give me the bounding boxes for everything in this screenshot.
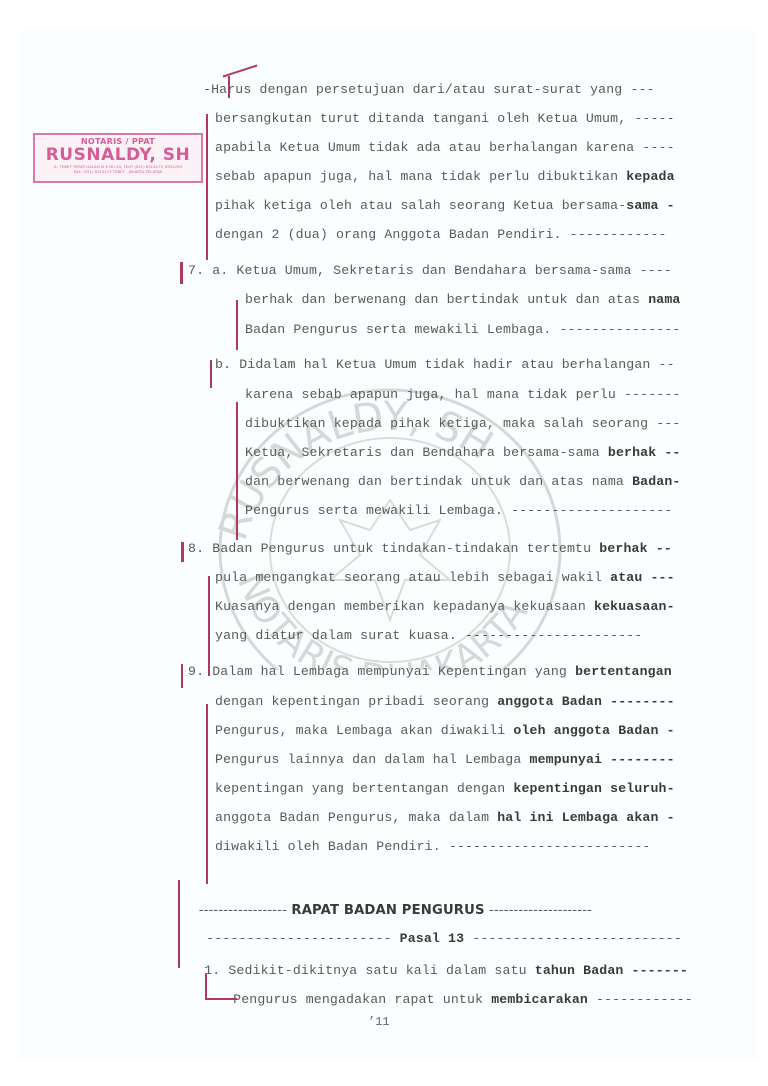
margin-mark xyxy=(206,114,208,260)
line-text: dibuktikan kepada pihak ketiga, maka sal… xyxy=(245,416,680,431)
pasal-title: Pasal 13 xyxy=(400,931,465,946)
line-text: 8. Badan Pengurus untuk tindakan-tindaka… xyxy=(188,541,599,556)
text-line: dan berwenang dan bertindak untuk dan at… xyxy=(245,474,680,490)
margin-mark xyxy=(210,360,212,388)
line-bold-text: kepentingan seluruh- xyxy=(513,781,674,796)
line-text: apabila Ketua Umum tidak ada atau berhal… xyxy=(215,140,675,155)
text-line: Pengurus serta mewakili Lembaga. -------… xyxy=(245,503,672,519)
text-line: Badan Pengurus serta mewakili Lembaga. -… xyxy=(245,322,680,338)
text-line: karena sebab apapun juga, hal mana tidak… xyxy=(245,387,680,403)
clause-line: 1. Sedikit-dikitnya satu kali dalam satu… xyxy=(188,947,688,979)
clause-text: Pengurus mengadakan rapat untuk xyxy=(233,992,491,1007)
line-text: dengan 2 (dua) orang Anggota Badan Pendi… xyxy=(215,227,667,242)
line-text: 7. a. Ketua Umum, Sekretaris dan Bendaha… xyxy=(188,263,672,278)
line-prefix: - xyxy=(203,82,211,97)
page-number: ’11 xyxy=(368,1015,390,1029)
line-text: 9. Dalam hal Lembaga mempunyai Kepenting… xyxy=(188,664,575,679)
line-text: Harus dengan persetujuan dari/atau surat… xyxy=(211,82,655,97)
line-text: Pengurus, maka Lembaga akan diwakili xyxy=(215,723,513,738)
line-bold-text: kekuasaan- xyxy=(594,599,675,614)
line-text: pula mengangkat seorang atau lebih sebag… xyxy=(215,570,610,585)
line-text: pihak ketiga oleh atau salah seorang Ket… xyxy=(215,198,626,213)
text-line: 9. Dalam hal Lembaga mempunyai Kepenting… xyxy=(188,664,672,680)
line-text: kepentingan yang bertentangan dengan xyxy=(215,781,513,796)
line-bold-text: mempunyai -------- xyxy=(530,752,675,767)
text-line: dengan 2 (dua) orang Anggota Badan Pendi… xyxy=(215,227,667,243)
line-bold-text: Badan- xyxy=(632,474,680,489)
line-text: karena sebab apapun juga, hal mana tidak… xyxy=(245,387,680,402)
text-line: -Harus dengan persetujuan dari/atau sura… xyxy=(203,82,655,98)
margin-mark xyxy=(180,262,183,284)
text-line: Pengurus, maka Lembaga akan diwakili ole… xyxy=(215,723,675,739)
pasal-dashes-left: ----------------------- xyxy=(206,931,400,946)
line-text: dan berwenang dan bertindak untuk dan at… xyxy=(245,474,632,489)
text-line: bersangkutan turut ditanda tangani oleh … xyxy=(215,111,675,127)
line-bold-text: oleh anggota Badan - xyxy=(513,723,674,738)
margin-mark xyxy=(206,704,208,884)
line-text: dengan kepentingan pribadi seorang xyxy=(215,694,497,709)
article-heading: ----------------------- Pasal 13 -------… xyxy=(190,915,682,947)
line-text: Pengurus lainnya dan dalam hal Lembaga xyxy=(215,752,530,767)
line-text: sebab apapun juga, hal mana tidak perlu … xyxy=(215,169,626,184)
margin-mark xyxy=(178,880,180,968)
line-text: Kuasanya dengan memberikan kepadanya kek… xyxy=(215,599,594,614)
line-text: b. Didalam hal Ketua Umum tidak hadir at… xyxy=(215,357,675,372)
margin-mark xyxy=(236,402,238,540)
line-bold-text: nama xyxy=(648,292,680,307)
line-text: diwakili oleh Badan Pendiri. -----------… xyxy=(215,839,650,854)
text-line: dengan kepentingan pribadi seorang anggo… xyxy=(215,694,675,710)
line-text: bersangkutan turut ditanda tangani oleh … xyxy=(215,111,675,126)
margin-mark xyxy=(181,542,184,562)
pasal-dashes-right: -------------------------- xyxy=(464,931,682,946)
text-line: pula mengangkat seorang atau lebih sebag… xyxy=(215,570,675,586)
text-line: Pengurus lainnya dan dalam hal Lembaga m… xyxy=(215,752,675,768)
text-line: Kuasanya dengan memberikan kepadanya kek… xyxy=(215,599,675,615)
text-line: 8. Badan Pengurus untuk tindakan-tindaka… xyxy=(188,541,672,557)
clause-line: Pengurus mengadakan rapat untuk membicar… xyxy=(217,976,693,1008)
margin-mark xyxy=(208,576,210,676)
text-line: anggota Badan Pengurus, maka dalam hal i… xyxy=(215,810,675,826)
text-line: apabila Ketua Umum tidak ada atau berhal… xyxy=(215,140,675,156)
line-text: Ketua, Sekretaris dan Bendahara bersama-… xyxy=(245,445,608,460)
line-text: yang diatur dalam surat kuasa. ---------… xyxy=(215,628,642,643)
line-bold-text: kepada xyxy=(626,169,674,184)
line-bold-text: sama - xyxy=(626,198,674,213)
text-line: dibuktikan kepada pihak ketiga, maka sal… xyxy=(245,416,680,432)
stamp-name: RUSNALDY, SH xyxy=(35,146,201,164)
line-bold-text: hal ini Lembaga akan - xyxy=(497,810,674,825)
line-bold-text: anggota Badan -------- xyxy=(497,694,674,709)
line-bold-text: berhak -- xyxy=(608,445,681,460)
text-line: b. Didalam hal Ketua Umum tidak hadir at… xyxy=(215,357,675,373)
text-line: pihak ketiga oleh atau salah seorang Ket… xyxy=(215,198,675,214)
text-line: sebab apapun juga, hal mana tidak perlu … xyxy=(215,169,675,185)
margin-mark xyxy=(181,664,183,688)
line-text: Badan Pengurus serta mewakili Lembaga. -… xyxy=(245,322,680,337)
stamp-address-2: FAX. (021) 8314473 TEBET - JAKARTA SELAT… xyxy=(35,169,201,174)
text-line: diwakili oleh Badan Pendiri. -----------… xyxy=(215,839,650,855)
text-line: Ketua, Sekretaris dan Bendahara bersama-… xyxy=(245,445,680,461)
clause-bold: membicarakan xyxy=(491,992,588,1007)
line-bold-text: atau --- xyxy=(610,570,675,585)
text-line: 7. a. Ketua Umum, Sekretaris dan Bendaha… xyxy=(188,263,672,279)
margin-mark xyxy=(205,974,207,1000)
line-bold-text: bertentangan xyxy=(575,664,672,679)
text-line: yang diatur dalam surat kuasa. ---------… xyxy=(215,628,642,644)
page-number-value: 11 xyxy=(375,1015,389,1029)
line-text: Pengurus serta mewakili Lembaga. -------… xyxy=(245,503,672,518)
line-text: berhak dan berwenang dan bertindak untuk… xyxy=(245,292,648,307)
line-bold-text: berhak -- xyxy=(599,541,672,556)
text-line: kepentingan yang bertentangan dengan kep… xyxy=(215,781,675,797)
text-line: berhak dan berwenang dan bertindak untuk… xyxy=(245,292,680,308)
margin-mark xyxy=(228,76,230,98)
notary-stamp: NOTARIS / PPAT RUSNALDY, SH JL. TEBET TI… xyxy=(33,133,203,183)
margin-mark xyxy=(236,300,238,350)
clause-tail: ------------ xyxy=(588,992,693,1007)
margin-mark xyxy=(205,998,237,1000)
line-text: anggota Badan Pengurus, maka dalam xyxy=(215,810,497,825)
